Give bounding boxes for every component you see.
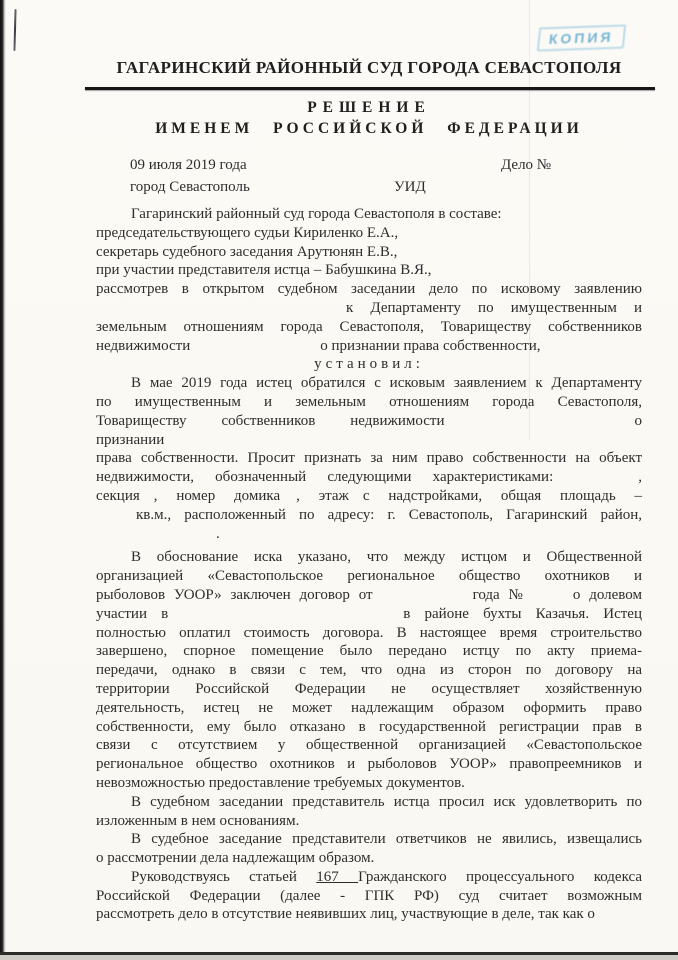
doc-text: Гражданского процессуального кодекса <box>358 869 642 885</box>
doc-line: недвижимости, обозначенный следующими ха… <box>96 468 642 487</box>
doc-line: участии вв районе бухты Казачья. Истец <box>96 605 642 624</box>
doc-text: Руководствуясь статьей <box>131 869 316 885</box>
doc-line: установил: <box>96 355 642 374</box>
doc-line: полностью оплатил стоимость договора. В … <box>96 624 642 643</box>
redaction-gap <box>140 499 154 500</box>
doc-text: к Департаменту по имущественным и <box>346 300 642 316</box>
doc-text: В судебное заседание представители ответ… <box>131 831 642 847</box>
case-number-label: Дело № <box>501 156 551 175</box>
doc-line: В мае 2019 года истец обратился с исковы… <box>96 374 642 393</box>
redaction-gap <box>280 499 296 500</box>
doc-text: рассмотрев в открытом судебном заседании… <box>96 281 642 297</box>
doc-line: председательствующего судьи Кириленко Е.… <box>96 224 642 243</box>
uid-label: УИД <box>394 178 426 197</box>
doc-line: недвижимостио признании права собственно… <box>96 337 642 356</box>
doc-line: изложенным в нем основаниям. <box>96 812 642 831</box>
doc-line: рассмотреть дело в отсутствие неявивших … <box>96 905 642 924</box>
doc-line: права собственности. Просит признать за … <box>96 449 642 468</box>
doc-text: собственности, ему было отказано в госуд… <box>96 719 642 735</box>
doc-text: В мае 2019 года истец обратился с исковы… <box>131 375 642 391</box>
meta-row-date: 09 июля 2019 года Дело № <box>96 156 642 178</box>
redaction-gap <box>373 598 473 599</box>
doc-line: о рассмотрении дела надлежащим образом. <box>96 849 642 868</box>
redaction-gap <box>96 537 216 538</box>
doc-text: 167 <box>316 869 358 885</box>
document-body: Гагаринский районный суд города Севастоп… <box>96 205 642 924</box>
doc-line: передачи, однако в связи с тем, что одна… <box>96 661 642 680</box>
doc-line: территории Российской Федерации не осуще… <box>96 680 642 699</box>
redaction-gap <box>349 499 363 500</box>
doc-line: по имущественным и земельным отношениям … <box>96 393 642 412</box>
staple-mark <box>13 9 16 51</box>
redaction-gap <box>96 518 136 519</box>
court-decision-page: КОПИЯ ГАГАРИНСКИЙ РАЙОННЫЙ СУД ГОРОДА СЕ… <box>0 0 678 960</box>
doc-text: . <box>216 526 220 542</box>
doc-text: В обоснование иска указано, что между ис… <box>131 549 642 565</box>
doc-line: секция, номер домика, этажс надстройками… <box>96 487 642 506</box>
doc-text: невозможностью предоставление требуемых … <box>96 775 465 791</box>
doc-text: года № <box>473 587 528 603</box>
doc-text: изложенным в нем основаниям. <box>96 813 299 829</box>
doc-line: Гагаринский районный суд города Севастоп… <box>96 205 642 224</box>
doc-text: завершено, спорное помещение было переда… <box>96 643 642 659</box>
redaction-gap <box>168 617 403 618</box>
doc-text: , <box>638 469 642 485</box>
doc-text: в районе бухты Казачья. Истец <box>403 606 642 622</box>
doc-text: территории Российской Федерации не осуще… <box>96 681 642 697</box>
case-meta: 09 июля 2019 года Дело № город Севастопо… <box>96 156 642 200</box>
doc-text: секция <box>96 488 140 504</box>
doc-text: рассмотреть дело в отсутствие неявивших … <box>96 906 595 922</box>
doc-line: собственности, ему было отказано в госуд… <box>96 718 642 737</box>
doc-text: полностью оплатил стоимость договора. В … <box>96 625 642 641</box>
doc-line: завершено, спорное помещение было переда… <box>96 642 642 661</box>
doc-text: Гагаринский районный суд города Севастоп… <box>131 206 502 222</box>
decision-subtitle: ИМЕНЕМ РОССИЙСКОЙ ФЕДЕРАЦИИ <box>96 120 642 138</box>
doc-line: Руководствуясь статьей 167 Гражданского … <box>96 868 642 887</box>
doc-line: В обоснование иска указано, что между ис… <box>96 548 642 567</box>
doc-text: Российской Федерации (далее - ГПК РФ) су… <box>96 888 642 904</box>
doc-text: о рассмотрении дела надлежащим образом. <box>96 850 374 866</box>
doc-line: рассмотрев в открытом судебном заседании… <box>96 280 642 299</box>
doc-line: земельным отношениям города Севастополя,… <box>96 318 642 337</box>
doc-text: земельным отношениям города Севастополя,… <box>96 319 642 335</box>
redaction-gap <box>190 349 320 350</box>
doc-line: невозможностью предоставление требуемых … <box>96 774 642 793</box>
doc-line: связи с отсутствием у общественной орган… <box>96 736 642 755</box>
redaction-gap <box>445 424 635 425</box>
decision-date: 09 июля 2019 года <box>130 157 247 173</box>
doc-line: рыболовов УООР» заключен договор отгода … <box>96 586 642 605</box>
meta-row-city: город Севастополь УИД <box>96 178 642 200</box>
doc-line: В судебном заседании представитель истца… <box>96 793 642 812</box>
doc-text: кв.м., расположенный по адресу: г. Севас… <box>136 507 642 523</box>
doc-text: , номер домика <box>154 488 280 504</box>
doc-line: секретарь судебного заседания Арутюнян Е… <box>96 243 642 262</box>
doc-line: . <box>96 525 642 544</box>
doc-text: установил: <box>314 356 424 372</box>
doc-text: по имущественным и земельным отношениям … <box>96 394 642 410</box>
doc-line: В судебное заседание представители ответ… <box>96 830 642 849</box>
doc-line: региональное общество охотников и рыболо… <box>96 755 642 774</box>
doc-text: организацией «Севастопольское региональн… <box>96 568 642 584</box>
doc-text: права собственности. Просит признать за … <box>96 450 642 466</box>
doc-line: Товариществу собственников недвижимостио… <box>96 412 642 450</box>
doc-text: передачи, однако в связи с тем, что одна… <box>96 662 642 678</box>
doc-text: региональное общество охотников и рыболо… <box>96 756 642 772</box>
doc-line: при участии представителя истца – Бабушк… <box>96 261 642 280</box>
decision-title: РЕШЕНИЕ <box>96 99 642 117</box>
doc-text: секретарь судебного заседания Арутюнян Е… <box>96 244 397 260</box>
doc-text: участии в <box>96 606 168 622</box>
redaction-gap <box>528 598 573 599</box>
doc-line: Российской Федерации (далее - ГПК РФ) су… <box>96 887 642 906</box>
doc-line: к Департаменту по имущественным и <box>96 299 642 318</box>
doc-line: деятельность, истец не может надлежащим … <box>96 699 642 718</box>
doc-text: при участии представителя истца – Бабушк… <box>96 262 431 278</box>
doc-text: связи с отсутствием у общественной орган… <box>96 737 642 753</box>
redaction-gap <box>553 480 638 481</box>
doc-text: Товариществу собственников недвижимости <box>96 413 445 429</box>
doc-text: с надстройками, общая площадь – <box>363 488 642 504</box>
doc-text: В судебном заседании представитель истца… <box>131 794 642 810</box>
doc-text: о признании права собственности, <box>320 338 540 354</box>
doc-text: недвижимости <box>96 338 190 354</box>
scan-bottom-margin <box>0 955 678 960</box>
doc-text: рыболовов УООР» заключен договор от <box>96 587 373 603</box>
doc-text: недвижимости, обозначенный следующими ха… <box>96 469 553 485</box>
doc-text: председательствующего судьи Кириленко Е.… <box>96 225 398 241</box>
doc-text: , этаж <box>296 488 349 504</box>
scan-edge-left <box>0 0 6 960</box>
court-name-header: ГАГАРИНСКИЙ РАЙОННЫЙ СУД ГОРОДА СЕВАСТОП… <box>96 58 642 78</box>
doc-line: кв.м., расположенный по адресу: г. Севас… <box>96 506 642 525</box>
doc-line: организацией «Севастопольское региональн… <box>96 567 642 586</box>
header-rule <box>85 87 655 90</box>
doc-text: деятельность, истец не может надлежащим … <box>96 700 642 716</box>
doc-text: о долевом <box>573 587 642 603</box>
redaction-gap <box>96 311 346 312</box>
copy-stamp: КОПИЯ <box>537 24 626 51</box>
decision-city: город Севастополь <box>130 179 250 195</box>
